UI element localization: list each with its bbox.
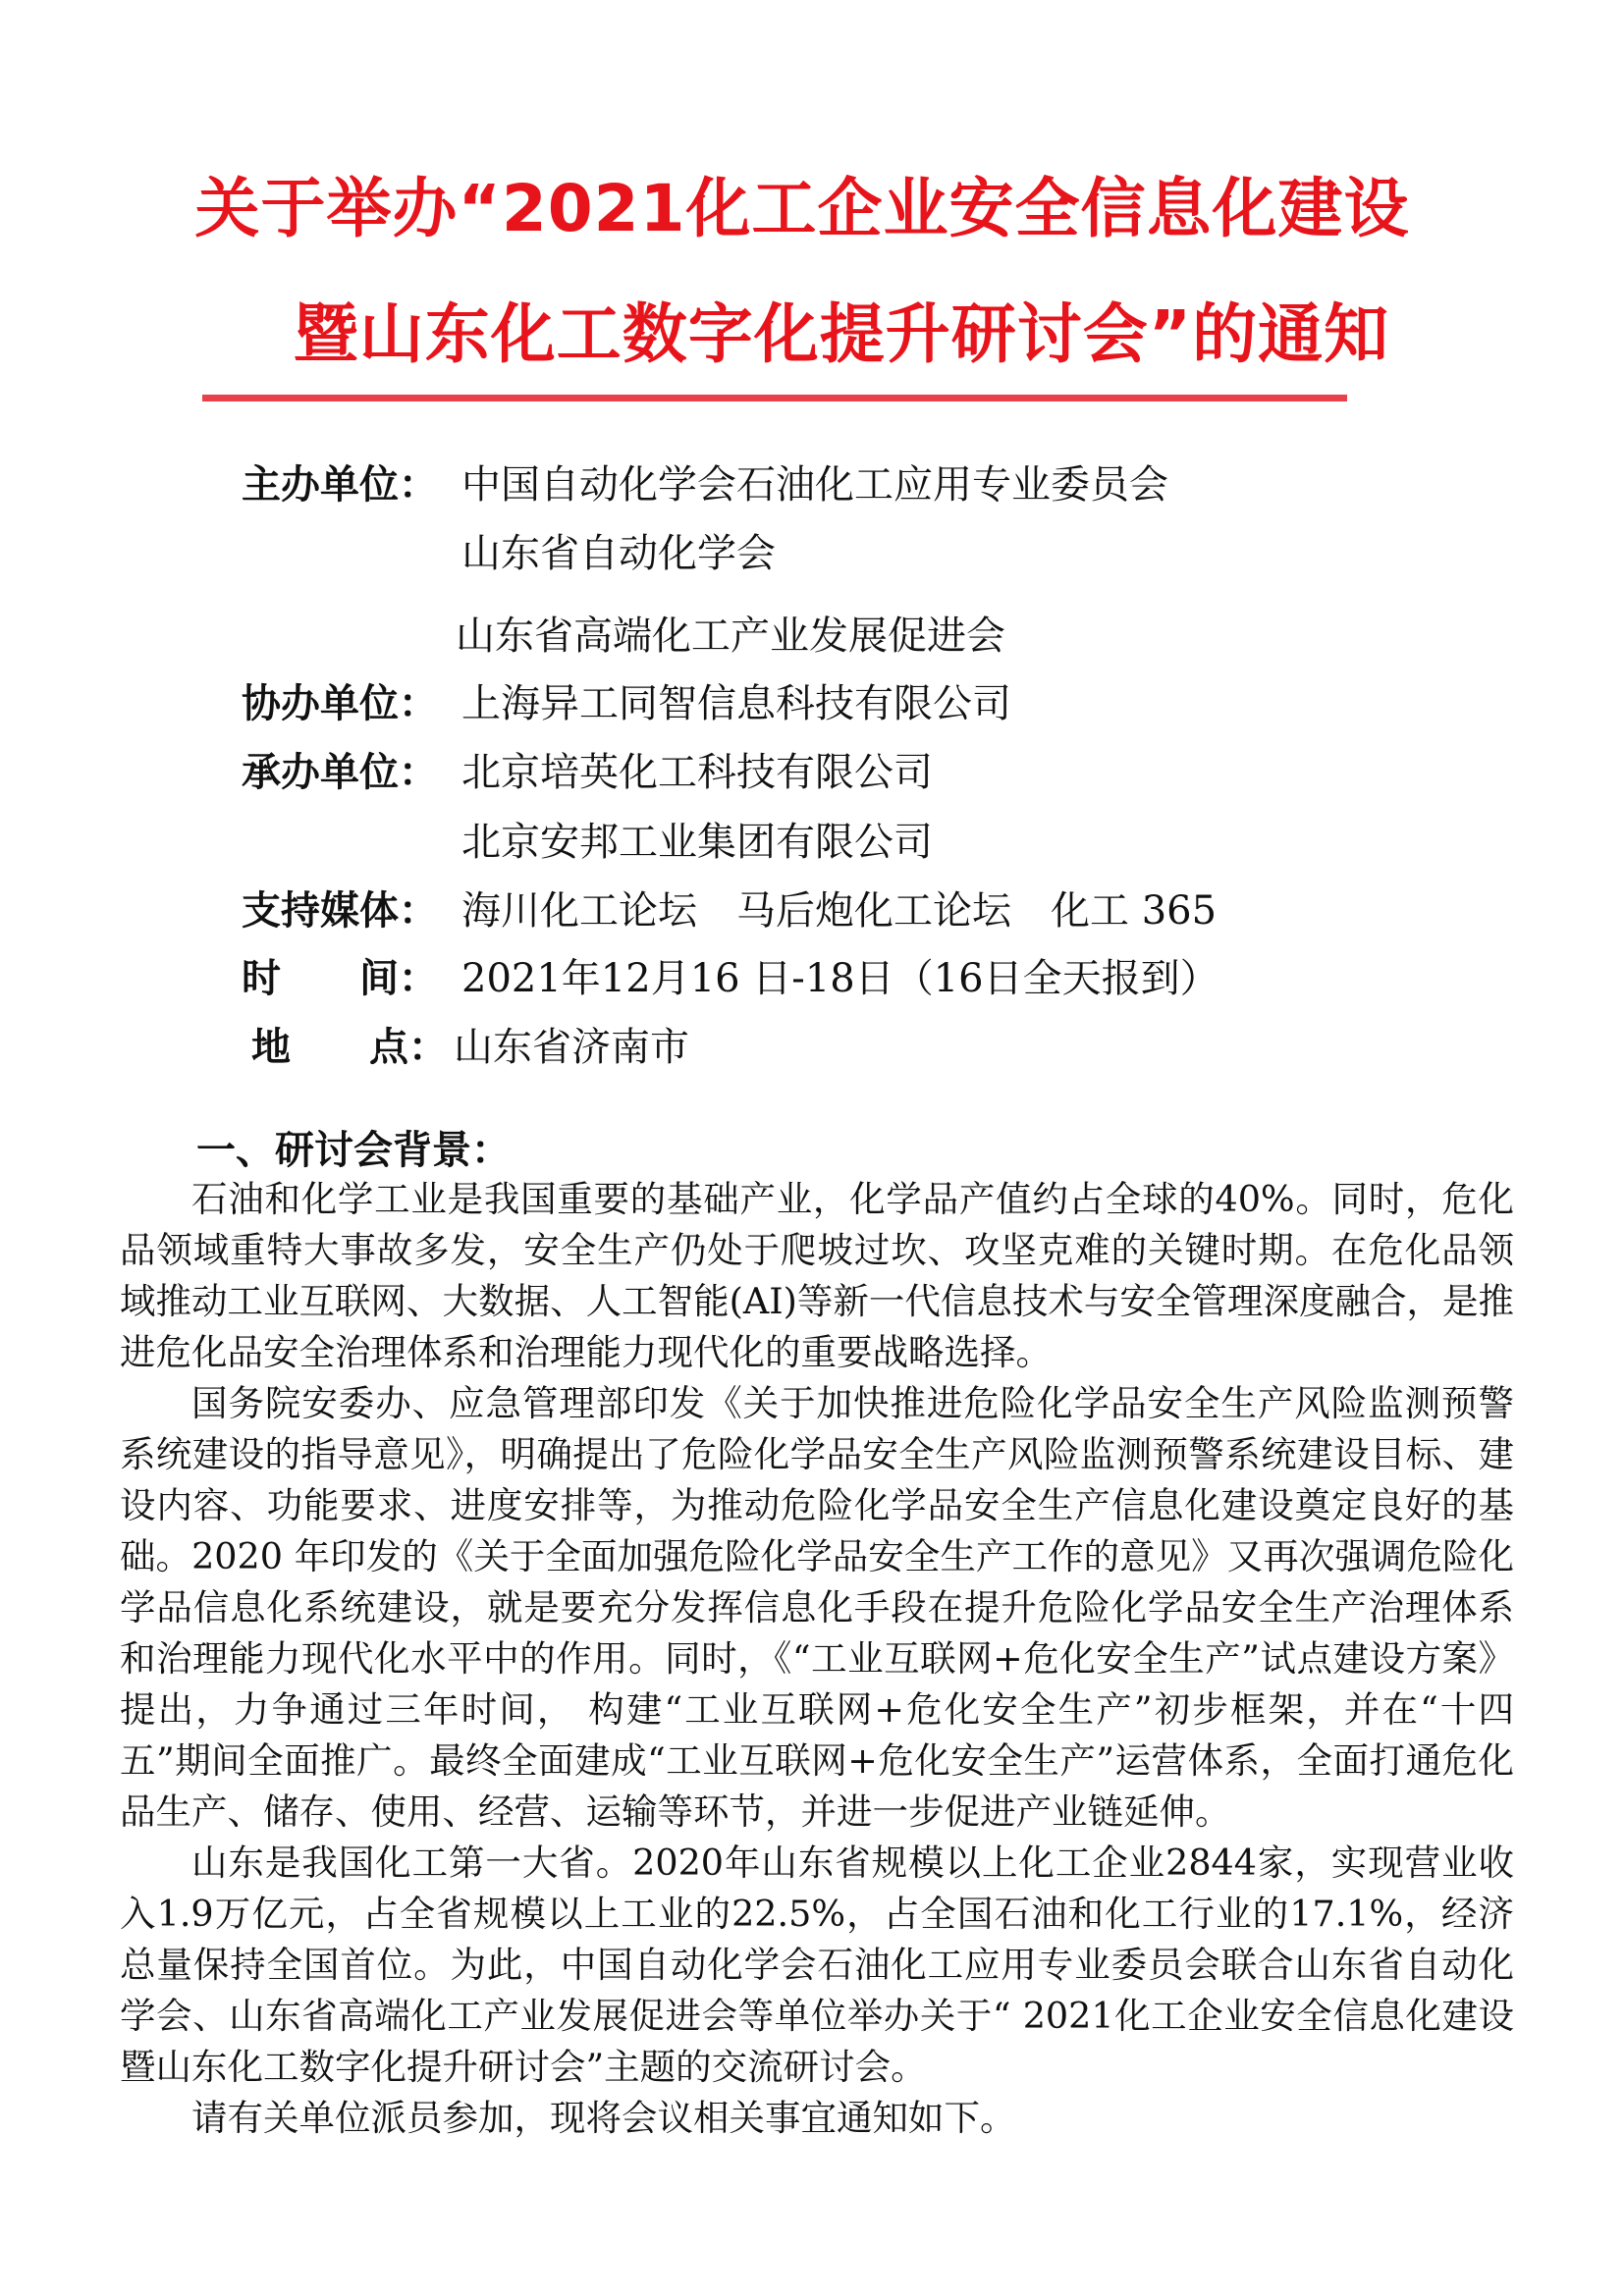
document-title-line-2: 暨山东化工数字化提升研讨会”的通知 [29, 302, 1624, 367]
co-host-value: 上海异工同智信息科技有限公司 [461, 684, 1011, 723]
document-title-line-1: 关于举办“2021化工企业安全信息化建设 [0, 177, 1614, 241]
paragraph-1: 石油和化学工业是我国重要的基础产业，化学品产值约占全球的40%。同时，危化品领域… [120, 1174, 1514, 1378]
paragraph-4: 请有关单位派员参加，现将会议相关事宜通知如下。 [120, 2093, 1514, 2144]
info-row-time: 时 间：2021年12月16 日-18日（16日全天报到） [242, 959, 1219, 998]
paragraph-3: 山东是我国化工第一大省。2020年山东省规模以上化工企业2844家，实现营业收入… [120, 1838, 1514, 2093]
section-heading-background: 一、研讨会背景： [196, 1119, 511, 1175]
organizer-value-1: 北京培英化工科技有限公司 [461, 753, 933, 792]
section-body: 石油和化学工业是我国重要的基础产业，化学品产值约占全球的40%。同时，危化品领域… [120, 1174, 1514, 2144]
time-label: 时 间： [242, 959, 461, 998]
time-value: 2021年12月16 日-18日（16日全天报到） [461, 959, 1219, 998]
title-divider [202, 395, 1347, 401]
info-row-host: 主办单位：中国自动化学会石油化工应用专业委员会 [242, 465, 1168, 505]
host-value-2: 山东省自动化学会 [461, 534, 776, 573]
co-host-label: 协办单位： [242, 684, 461, 723]
host-label: 主办单位： [242, 465, 461, 505]
host-value-1: 中国自动化学会石油化工应用专业委员会 [461, 465, 1168, 505]
info-row-place: 地 点：山东省济南市 [251, 1028, 689, 1067]
info-row-media: 支持媒体：海川化工论坛 马后炮化工论坛 化工 365 [242, 891, 1217, 931]
media-label: 支持媒体： [242, 891, 461, 931]
info-row-organizer: 承办单位：北京培英化工科技有限公司 [242, 753, 933, 792]
media-value: 海川化工论坛 马后炮化工论坛 化工 365 [461, 891, 1217, 931]
info-row-co-host: 协办单位：上海异工同智信息科技有限公司 [242, 684, 1011, 723]
organizer-label: 承办单位： [242, 753, 461, 792]
host-value-3: 山东省高端化工产业发展促进会 [456, 616, 1005, 656]
place-label: 地 点： [251, 1028, 454, 1067]
organizer-value-2: 北京安邦工业集团有限公司 [461, 823, 933, 862]
paragraph-2: 国务院安委办、应急管理部印发《关于加快推进危险化学品安全生产风险监测预警系统建设… [120, 1378, 1514, 1838]
place-value: 山东省济南市 [454, 1028, 689, 1067]
